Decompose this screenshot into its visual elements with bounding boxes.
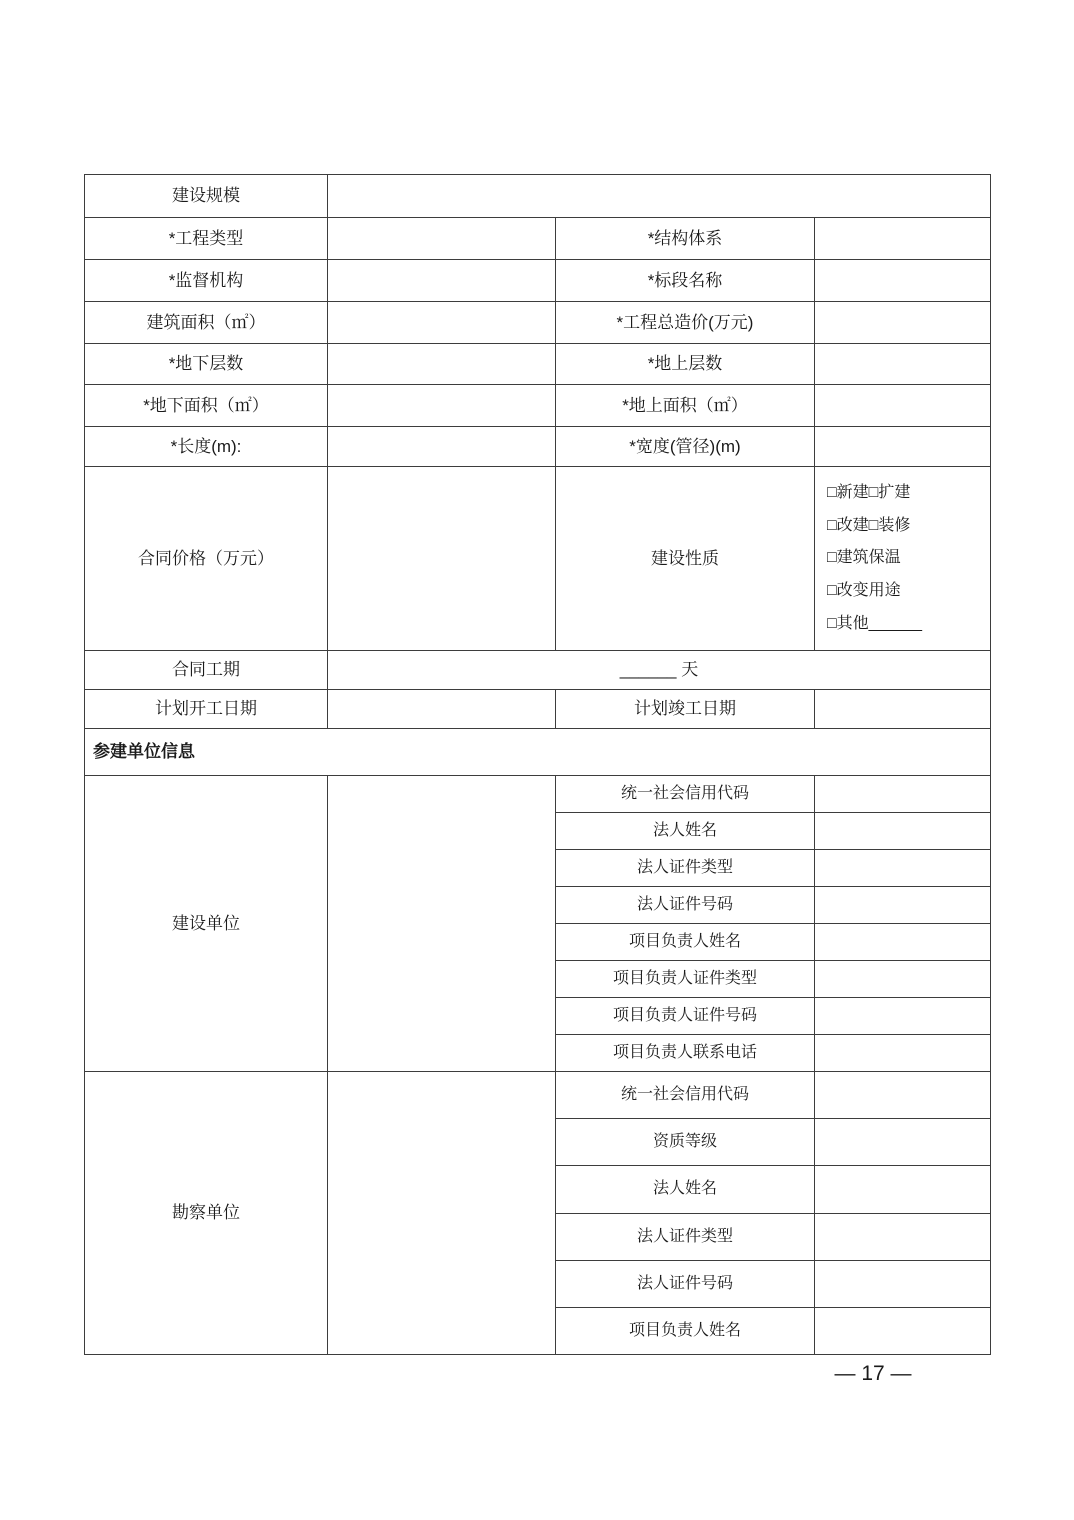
construction-unit-pm-id-type-value-cell: [815, 961, 991, 998]
nature-option-new-expand: □新建□扩建: [827, 483, 910, 503]
project-registration-table: 建设规模 *工程类型 *结构体系 *监督机构 *标段名称 建筑面积（㎡） *工程…: [84, 174, 991, 1355]
aboveground-area-label: *地上面积（㎡）: [556, 385, 815, 427]
construction-unit-name-cell: [328, 776, 556, 1072]
construction-unit-pm-phone-label: 项目负责人联系电话: [556, 1035, 815, 1072]
planned-start-date-label: 计划开工日期: [85, 690, 328, 729]
structure-system-label: *结构体系: [556, 218, 815, 260]
aboveground-floors-value-cell: [815, 344, 991, 385]
survey-unit-qualification-grade-value-cell: [815, 1119, 991, 1166]
construction-unit-label: 建设单位: [85, 776, 328, 1072]
width-pipe-diameter-label: *宽度(管径)(m): [556, 427, 815, 467]
survey-unit-legal-person-id-type-value-cell: [815, 1214, 991, 1261]
construction-unit-legal-person-id-number-value-cell: [815, 887, 991, 924]
survey-unit-label: 勘察单位: [85, 1072, 328, 1355]
nature-option-insulation: □建筑保温: [827, 548, 901, 568]
contract-duration-value: ______ 天: [328, 651, 991, 690]
construction-unit-legal-person-name-label: 法人姓名: [556, 813, 815, 850]
construction-unit-legal-person-id-type-label: 法人证件类型: [556, 850, 815, 887]
length-label: *长度(m):: [85, 427, 328, 467]
construction-unit-pm-id-number-value-cell: [815, 998, 991, 1035]
planned-start-date-value-cell: [328, 690, 556, 729]
construction-unit-legal-person-id-type-value-cell: [815, 850, 991, 887]
bid-section-name-value-cell: [815, 260, 991, 302]
construction-unit-pm-id-type-label: 项目负责人证件类型: [556, 961, 815, 998]
page-number: — 17 —: [783, 1362, 963, 1386]
building-area-value-cell: [328, 302, 556, 344]
project-type-label: *工程类型: [85, 218, 328, 260]
nature-option-change-use: □改变用途: [827, 581, 901, 601]
construction-unit-pm-id-number-label: 项目负责人证件号码: [556, 998, 815, 1035]
survey-unit-legal-person-id-number-label: 法人证件号码: [556, 1261, 815, 1308]
participating-units-section-title: 参建单位信息: [85, 729, 991, 776]
length-value-cell: [328, 427, 556, 467]
width-pipe-diameter-value-cell: [815, 427, 991, 467]
survey-unit-legal-person-id-type-label: 法人证件类型: [556, 1214, 815, 1261]
underground-area-label: *地下面积（㎡）: [85, 385, 328, 427]
building-area-label: 建筑面积（㎡）: [85, 302, 328, 344]
construction-scale-value-cell: [328, 175, 991, 218]
nature-option-rebuild-decorate: □改建□装修: [827, 516, 910, 536]
survey-unit-credit-code-label: 统一社会信用代码: [556, 1072, 815, 1119]
project-type-value-cell: [328, 218, 556, 260]
contract-price-label: 合同价格（万元）: [85, 467, 328, 651]
survey-unit-legal-person-name-value-cell: [815, 1166, 991, 1213]
construction-unit-pm-name-value-cell: [815, 924, 991, 961]
construction-unit-pm-name-label: 项目负责人姓名: [556, 924, 815, 961]
survey-unit-name-cell: [328, 1072, 556, 1355]
underground-area-value-cell: [328, 385, 556, 427]
contract-price-value-cell: [328, 467, 556, 651]
total-project-cost-label: *工程总造价(万元): [556, 302, 815, 344]
aboveground-area-value-cell: [815, 385, 991, 427]
nature-option-other: □其他______: [827, 614, 922, 634]
underground-floors-label: *地下层数: [85, 344, 328, 385]
construction-unit-credit-code-label: 统一社会信用代码: [556, 776, 815, 813]
contract-duration-label: 合同工期: [85, 651, 328, 690]
aboveground-floors-label: *地上层数: [556, 344, 815, 385]
construction-unit-legal-person-name-value-cell: [815, 813, 991, 850]
structure-system-value-cell: [815, 218, 991, 260]
survey-unit-legal-person-id-number-value-cell: [815, 1261, 991, 1308]
construction-nature-options: □新建□扩建 □改建□装修 □建筑保温 □改变用途 □其他______: [815, 467, 991, 651]
supervision-agency-value-cell: [328, 260, 556, 302]
survey-unit-credit-code-value-cell: [815, 1072, 991, 1119]
survey-unit-qualification-grade-label: 资质等级: [556, 1119, 815, 1166]
survey-unit-legal-person-name-label: 法人姓名: [556, 1166, 815, 1213]
construction-nature-label: 建设性质: [556, 467, 815, 651]
bid-section-name-label: *标段名称: [556, 260, 815, 302]
construction-unit-legal-person-id-number-label: 法人证件号码: [556, 887, 815, 924]
underground-floors-value-cell: [328, 344, 556, 385]
construction-unit-pm-phone-value-cell: [815, 1035, 991, 1072]
planned-completion-date-value-cell: [815, 690, 991, 729]
supervision-agency-label: *监督机构: [85, 260, 328, 302]
construction-unit-credit-code-value-cell: [815, 776, 991, 813]
total-project-cost-value-cell: [815, 302, 991, 344]
construction-scale-label: 建设规模: [85, 175, 328, 218]
document-page: 建设规模 *工程类型 *结构体系 *监督机构 *标段名称 建筑面积（㎡） *工程…: [0, 0, 1074, 1520]
survey-unit-pm-name-label: 项目负责人姓名: [556, 1308, 815, 1355]
planned-completion-date-label: 计划竣工日期: [556, 690, 815, 729]
survey-unit-pm-name-value-cell: [815, 1308, 991, 1355]
